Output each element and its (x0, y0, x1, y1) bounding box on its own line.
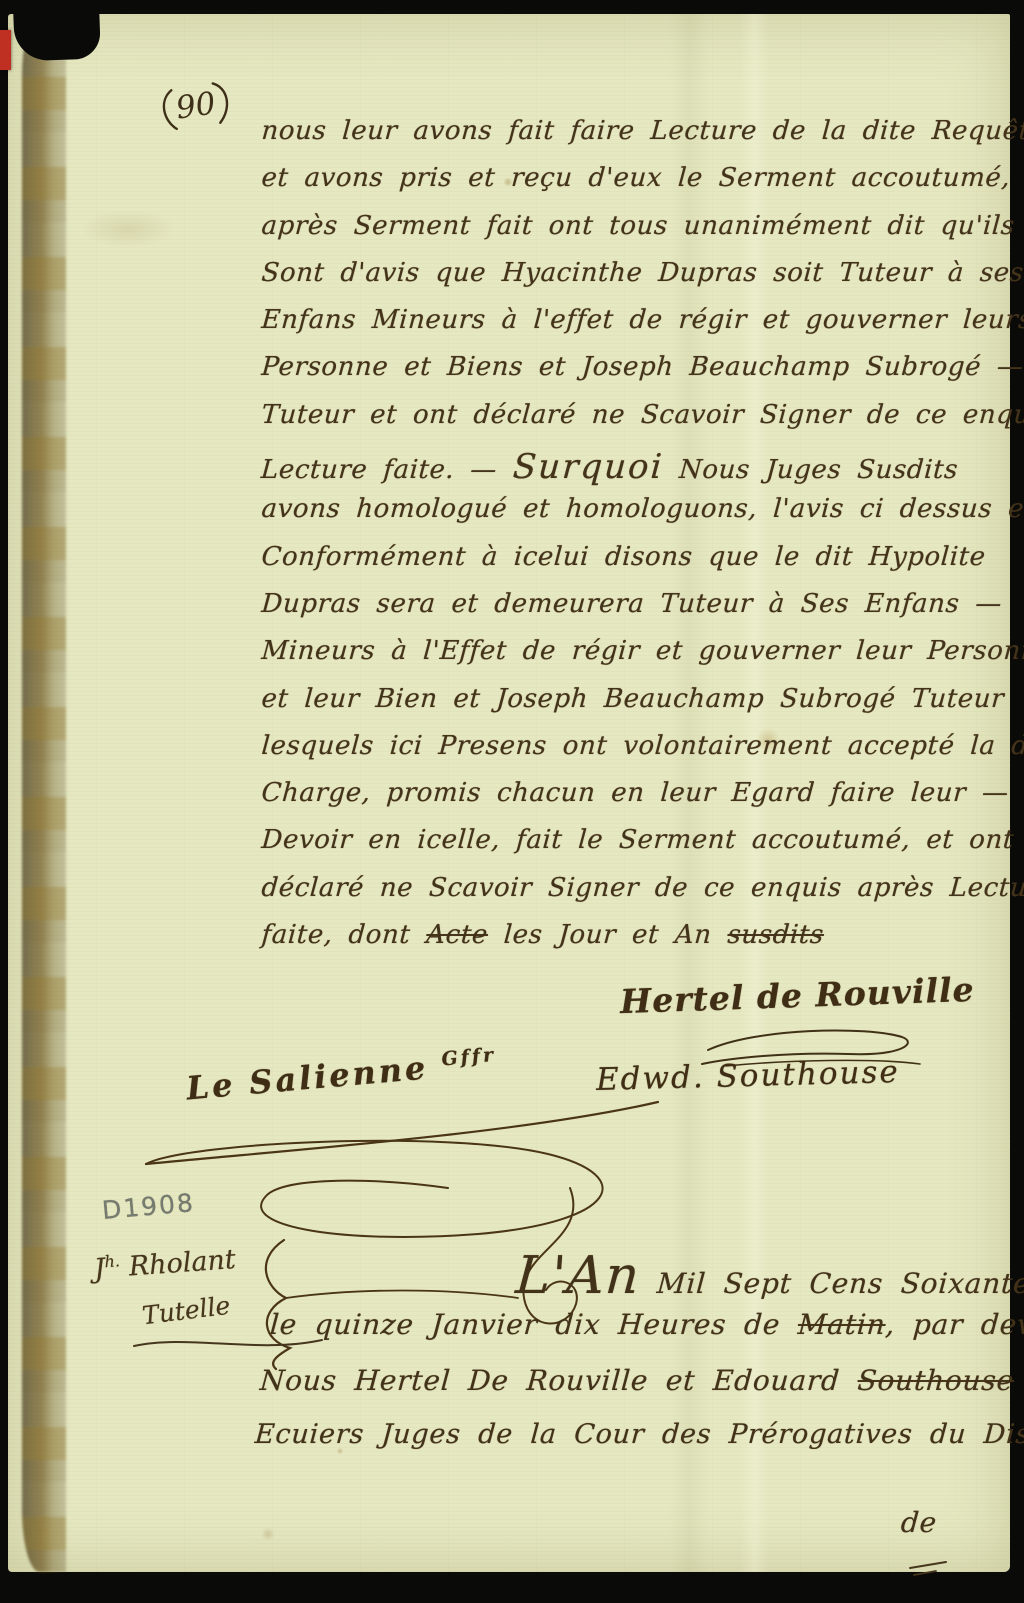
closing-line-court: Ecuiers Juges de la Cour des Prérogative… (254, 1419, 1024, 1450)
closing-line-year: L'An Mil Sept Cens Soixante dix neuf (514, 1246, 1024, 1306)
closing-line-judges: Nous Hertel De Rouville et Edouard South… (259, 1364, 1015, 1397)
line-segment: faite, dont (261, 920, 428, 950)
page-number-text: 90 (174, 85, 218, 126)
margin-note-tutelle: Tutelle (141, 1291, 232, 1331)
red-bookmark-tab (0, 30, 11, 70)
clerk-name: Le Salienne (185, 1049, 430, 1108)
manuscript-line: avons homologué et homologuons, l'avis c… (259, 494, 1012, 541)
line-segment: les Jour et An (487, 920, 729, 950)
page-number: 90 (154, 75, 237, 141)
manuscript-line: après Serment fait ont tous unanimément … (259, 211, 1012, 258)
catchword: de (900, 1506, 938, 1539)
manuscript-line: Conformément à icelui disons que le dit … (259, 542, 1012, 589)
manuscript-line-surquoi: Lecture faite. — Surquoi Nous Juges Susd… (259, 447, 1012, 494)
line-segment: Nous Juges Susdits (662, 455, 959, 485)
long-tbar-word: Southouse (856, 1364, 1015, 1397)
manuscript-line: Sont d'avis que Hyacinthe Dupras soit Tu… (259, 258, 1012, 305)
manuscript-line: Enfans Mineurs à l'effet de régir et gou… (259, 305, 1012, 352)
manuscript-line: Personne et Biens et Joseph Beauchamp Su… (259, 352, 1012, 399)
signature-clerk: Le Salienne Gffr (185, 1043, 498, 1108)
long-tbar-word: Matin (797, 1308, 887, 1341)
manuscript-line: nous leur avons fait faire Lecture de la… (259, 116, 1012, 163)
manuscript-line-closing: faite, dont Acte les Jour et An susdits (259, 920, 1012, 967)
manuscript-page: 90 nous leur avons fait faire Lecture de… (8, 14, 1010, 1572)
signature-edward-southouse: Edwd. Southouse (596, 1054, 901, 1098)
line-segment: Nous Hertel De Rouville et Edouard (259, 1364, 859, 1397)
line-segment: Mil Sept Cens Soixante dix neuf (638, 1267, 1024, 1300)
margin-note-name: Jh. Rholant (93, 1243, 237, 1285)
manuscript-line: Charge, promis chacun en leur Egard fair… (259, 778, 1012, 825)
line-segment: le quinze Janvier dix Heures de (269, 1308, 799, 1341)
scan-background: { "page": { "number": "90" }, "main_text… (0, 0, 1024, 1603)
surquoi-word: Surquoi (512, 447, 665, 487)
manuscript-line: Mineurs à l'Effet de régir et gouverner … (259, 636, 1012, 683)
long-tbar-word: susdits (726, 920, 824, 950)
signature-hertel-de-rouville: Hertel de Rouville (619, 970, 975, 1021)
act-text-block: nous leur avons fait faire Lecture de la… (261, 116, 1011, 967)
name-rest: Rholant (119, 1244, 236, 1283)
scan-edge-notch (13, 5, 101, 62)
lan-initial: L'An (514, 1246, 642, 1306)
manuscript-line: déclaré ne Scavoir Signer de ce enquis a… (259, 873, 1012, 920)
catchword-dash-mark-icon (904, 1558, 954, 1580)
manuscript-line: Dupras sera et demeurera Tuteur à Ses En… (259, 589, 1012, 636)
manuscript-line: Devoir en icelle, fait le Serment accout… (259, 825, 1012, 872)
binding-edge (22, 14, 66, 1572)
closing-line-date: le quinze Janvier dix Heures de Matin, p… (269, 1308, 1024, 1341)
long-tbar-word: Acte (425, 920, 489, 950)
line-segment: , par devant (884, 1308, 1024, 1341)
manuscript-line: et avons pris et reçu d'eux le Serment a… (259, 163, 1012, 210)
clerk-title-abbrev: Gffr (441, 1044, 497, 1071)
manuscript-line: et leur Bien et Joseph Beauchamp Subrogé… (259, 684, 1012, 731)
manuscript-line: lesquels ici Presens ont volontairement … (259, 731, 1012, 778)
archive-code-pencil: D1908 (101, 1188, 196, 1225)
line-segment: Lecture faite. — (260, 455, 514, 485)
name-superscript: h. (104, 1251, 121, 1271)
manuscript-line: Tuteur et ont déclaré ne Scavoir Signer … (259, 400, 1012, 447)
